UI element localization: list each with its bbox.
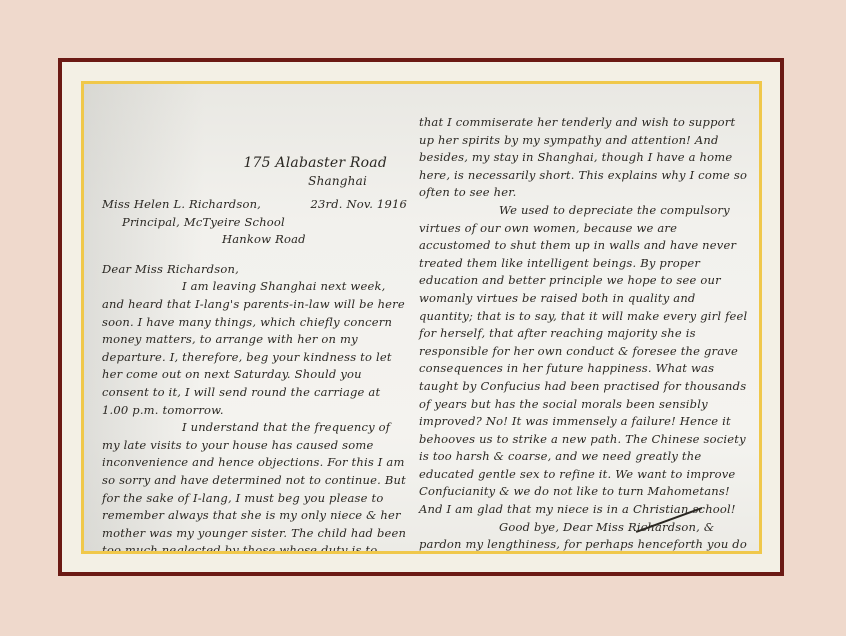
gold-mat-border: 175 Alabaster Road Shanghai Miss Helen L… bbox=[81, 81, 762, 554]
paragraph-right-1: that I commiserate her tenderly and wish… bbox=[419, 114, 749, 202]
recipient-block: Miss Helen L. Richardson, Principal, McT… bbox=[102, 196, 306, 249]
paragraph-right-2: We used to depreciate the compulsory vir… bbox=[419, 202, 749, 519]
recipient-street: Hankow Road bbox=[102, 231, 306, 249]
letter-date: 23rd. Nov. 1916 bbox=[311, 196, 408, 249]
recipient-title: Principal, McTyeire School bbox=[102, 214, 306, 232]
letter-page-right: that I commiserate her tenderly and wish… bbox=[419, 114, 749, 554]
recipient-name: Miss Helen L. Richardson, bbox=[102, 196, 306, 214]
picture-frame: 175 Alabaster Road Shanghai Miss Helen L… bbox=[58, 58, 784, 576]
paragraph-left-2: I understand that the frequency of my la… bbox=[102, 419, 407, 554]
letter-page-left: 175 Alabaster Road Shanghai Miss Helen L… bbox=[102, 154, 407, 554]
salutation: Dear Miss Richardson, bbox=[102, 261, 407, 279]
paragraph-left-1: I am leaving Shanghai next week, and hea… bbox=[102, 278, 407, 419]
sender-address: 175 Alabaster Road Shanghai bbox=[102, 154, 407, 190]
address-city: Shanghai bbox=[102, 172, 387, 190]
address-street: 175 Alabaster Road bbox=[102, 154, 387, 172]
paragraph-right-3: Good bye, Dear Miss Richardson, & pardon… bbox=[419, 519, 749, 554]
